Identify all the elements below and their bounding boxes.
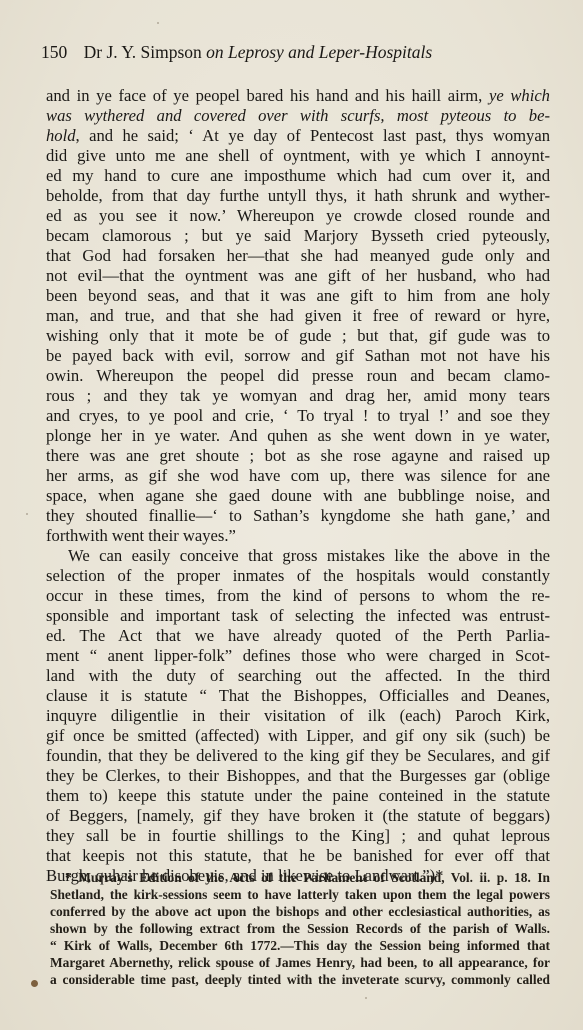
text-run: and in ye face of ye peopel bared his ha…	[46, 86, 489, 105]
text-run: there was ane gret shoute ; bot as she r…	[46, 446, 550, 465]
text-run: of Beggers, [namely, gif they have broke…	[46, 806, 550, 825]
text-run: gif once be smitted (affected) with Lipp…	[46, 726, 550, 745]
text-line: foundin, that they be delivered to the k…	[46, 746, 550, 766]
running-header: 150 Dr J. Y. Simpson on Leprosy and Lepe…	[41, 42, 541, 63]
text-run: forthwith went their wayes.”	[46, 526, 236, 545]
text-line: them to) keepe this statute under the pa…	[46, 786, 550, 806]
text-run: they shouted finallie—‘ to Sathan’s kyng…	[46, 506, 550, 525]
text-line: was wythered and covered over with scurf…	[46, 106, 550, 126]
text-line: rous ; and they tak ye womyan and drag h…	[46, 386, 550, 406]
italic-run: ye which	[489, 86, 550, 105]
text-line: not evil—that the oyntment was ane gift …	[46, 266, 550, 286]
text-line: sponsible and important task of selectin…	[46, 606, 550, 626]
text-line: be payed back with evil, sorrow and gif …	[46, 346, 550, 366]
text-run: man, and true, and that she had given it…	[46, 306, 550, 325]
text-line: occur in these times, from the kind of p…	[46, 586, 550, 606]
footnote-line: * Murray’s Edition of the Acts of the Pa…	[50, 869, 550, 886]
text-run: did give unto me ane shell of oyntment, …	[46, 146, 550, 165]
footnote-line: Shetland, the kirk-sessions seem to have…	[50, 886, 550, 903]
text-run: clause it is statute “ That the Bishoppe…	[46, 686, 550, 705]
text-run: her arms, as gif she wod have com up, th…	[46, 466, 550, 485]
text-run: We can easily conceive that gross mistak…	[68, 546, 550, 565]
text-run: sponsible and important task of selectin…	[46, 606, 550, 625]
dust-speck	[157, 22, 159, 24]
dust-speck	[26, 513, 28, 515]
text-line: forthwith went their wayes.”	[46, 526, 550, 546]
text-line: We can easily conceive that gross mistak…	[46, 546, 550, 566]
text-line: they sall be in fourtie shillings to the…	[46, 826, 550, 846]
text-line: and in ye face of ye peopel bared his ha…	[46, 86, 550, 106]
text-line: becam clamorous ; but ye said Marjory By…	[46, 226, 550, 246]
body-text: and in ye face of ye peopel bared his ha…	[46, 86, 550, 886]
text-run: them to) keepe this statute under the pa…	[46, 786, 550, 805]
header-title: on Leprosy and Leper-Hospitals	[206, 42, 432, 62]
text-line: land with the duty of searching out the …	[46, 666, 550, 686]
text-run: , and he said; ‘ At ye day of Pentecost …	[76, 126, 550, 145]
text-run: that keepis not this statute, that he be…	[46, 846, 550, 865]
footnote-line: Margaret Abernethy, relick spouse of Jam…	[50, 954, 550, 971]
text-line: and cryes, to ye pool and crie, ‘ To try…	[46, 406, 550, 426]
text-run: occur in these times, from the kind of p…	[46, 586, 550, 605]
text-line: been beyond seas, and that it was ane gi…	[46, 286, 550, 306]
text-run: land with the duty of searching out the …	[46, 666, 550, 685]
text-line: of Beggers, [namely, gif they have broke…	[46, 806, 550, 826]
text-line: ed my hand to cure ane imposthume which …	[46, 166, 550, 186]
text-line: plonge her in ye water. And quhen as she…	[46, 426, 550, 446]
text-line: they be Clerkes, to their Bishoppes, and…	[46, 766, 550, 786]
text-run: and cryes, to ye pool and crie, ‘ To try…	[46, 406, 550, 425]
text-line: inquyre diligentlie in their visitation …	[46, 706, 550, 726]
text-run: becam clamorous ; but ye said Marjory By…	[46, 226, 550, 245]
text-run: inquyre diligentlie in their visitation …	[46, 706, 550, 725]
page-number: 150	[41, 42, 67, 62]
text-run: space, when agane she gaed doune with an…	[46, 486, 550, 505]
text-line: that keepis not this statute, that he be…	[46, 846, 550, 866]
text-line: wishing only that it mote be of gude ; b…	[46, 326, 550, 346]
text-run: been beyond seas, and that it was ane gi…	[46, 286, 550, 305]
italic-run: was wythered and covered over with scurf…	[46, 106, 550, 125]
text-line: beholde, from that day furthe untyll thy…	[46, 186, 550, 206]
text-run: be payed back with evil, sorrow and gif …	[46, 346, 550, 365]
text-run: beholde, from that day furthe untyll thy…	[46, 186, 550, 205]
footnote-line: shown by the following extract from the …	[50, 920, 550, 937]
text-run: they be Clerkes, to their Bishoppes, and…	[46, 766, 550, 785]
text-run: not evil—that the oyntment was ane gift …	[46, 266, 550, 285]
text-run: ed. The Act that we have already quoted …	[46, 626, 550, 645]
text-run: owin. Whereupon the peopel did presse ro…	[46, 366, 550, 385]
text-line: ed. The Act that we have already quoted …	[46, 626, 550, 646]
text-run: ed as you see it now.’ Whereupon ye crow…	[46, 206, 550, 225]
text-run: they sall be in fourtie shillings to the…	[46, 826, 550, 845]
text-run: ed my hand to cure ane imposthume which …	[46, 166, 550, 185]
text-run: wishing only that it mote be of gude ; b…	[46, 326, 550, 345]
ink-stain	[31, 980, 38, 987]
text-line: man, and true, and that she had given it…	[46, 306, 550, 326]
footnote-line: a considerable time past, deeply tinted …	[50, 971, 550, 988]
text-line: ed as you see it now.’ Whereupon ye crow…	[46, 206, 550, 226]
italic-run: hold	[46, 126, 76, 145]
text-line: gif once be smitted (affected) with Lipp…	[46, 726, 550, 746]
text-run: selection of the proper inmates of the h…	[46, 566, 550, 585]
text-line: did give unto me ane shell of oyntment, …	[46, 146, 550, 166]
text-line: there was ane gret shoute ; bot as she r…	[46, 446, 550, 466]
footnote: * Murray’s Edition of the Acts of the Pa…	[50, 869, 550, 988]
text-run: rous ; and they tak ye womyan and drag h…	[46, 386, 550, 405]
book-page: 150 Dr J. Y. Simpson on Leprosy and Lepe…	[0, 0, 583, 1030]
text-line: selection of the proper inmates of the h…	[46, 566, 550, 586]
text-line: hold, and he said; ‘ At ye day of Pentec…	[46, 126, 550, 146]
text-line: clause it is statute “ That the Bishoppe…	[46, 686, 550, 706]
text-run: plonge her in ye water. And quhen as she…	[46, 426, 550, 445]
text-line: they shouted finallie—‘ to Sathan’s kyng…	[46, 506, 550, 526]
text-line: ment “ anent lipper-folk” defines those …	[46, 646, 550, 666]
text-line: owin. Whereupon the peopel did presse ro…	[46, 366, 550, 386]
text-run: ment “ anent lipper-folk” defines those …	[46, 646, 550, 665]
footnote-line: “ Kirk of Walls, December 6th 1772.—This…	[50, 937, 550, 954]
text-line: her arms, as gif she wod have com up, th…	[46, 466, 550, 486]
text-line: that God had forsaken her—that she had m…	[46, 246, 550, 266]
header-author: Dr J. Y. Simpson	[84, 42, 202, 62]
footnote-line: conferred by the above act upon the bish…	[50, 903, 550, 920]
dust-speck	[365, 997, 367, 999]
text-line: space, when agane she gaed doune with an…	[46, 486, 550, 506]
text-run: that God had forsaken her—that she had m…	[46, 246, 550, 265]
text-run: foundin, that they be delivered to the k…	[46, 746, 550, 765]
